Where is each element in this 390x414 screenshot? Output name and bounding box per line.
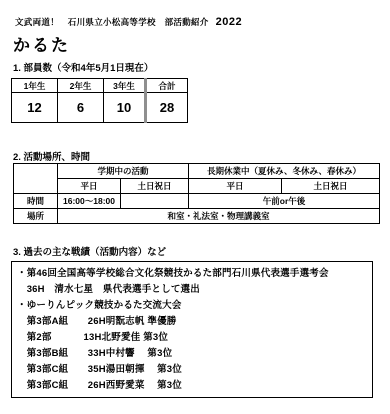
achievements-box: ・第46回全国高等学校総合文化祭競技かるた部門石川県代表選手選考会 36H 清水… [11,261,373,398]
members-col-grade1: 1年生 [12,79,58,93]
members-col-grade3: 3年生 [104,79,146,93]
schedule-day-vacation-weekday: 平日 [189,179,282,194]
schedule-place-label: 場所 [14,209,58,224]
schedule-place-row: 場所 和室・礼法室・物理講義室 [14,209,380,224]
achievement-line: 36H 清水七星 県代表選手として選出 [17,282,367,298]
achievement-line: 第3部A組 26H明翫志帆 準優勝 [17,314,367,330]
members-count-total: 28 [146,93,188,123]
schedule-time-term-weekday: 16:00～18:00 [58,194,121,209]
members-count-grade1: 12 [12,93,58,123]
members-count-grade3: 10 [104,93,146,123]
schedule-time-label: 時間 [14,194,58,209]
members-count-grade2: 6 [58,93,104,123]
page-title: かるた [13,31,70,56]
schedule-time-vacation: 午前or午後 [189,194,380,209]
schedule-place-value: 和室・礼法室・物理講義室 [58,209,380,224]
schedule-time-row: 時間 16:00～18:00 午前or午後 [14,194,380,209]
achievements-section-title: 3. 過去の主な戦績（活動内容）など [13,244,166,258]
schedule-day-header-row: 平日 土日祝日 平日 土日祝日 [14,179,380,194]
schedule-day-term-holiday: 土日祝日 [121,179,189,194]
achievement-line: ・第46回全国高等学校総合文化祭競技かるた部門石川県代表選手選考会 [17,266,367,282]
achievement-line: 第3部C組 26H西野愛菜 第3位 [17,378,367,394]
members-table: 1年生 2年生 3年生 合計 12 6 10 28 [11,78,188,123]
achievement-line: ・ゆーりんピック競技かるた交流大会 [17,298,367,314]
members-col-total: 合計 [146,79,188,93]
schedule-day-term-weekday: 平日 [58,179,121,194]
schedule-group-vacation: 長期休業中（夏休み、冬休み、春休み） [189,164,380,179]
schedule-day-vacation-holiday: 土日祝日 [282,179,380,194]
schedule-group-term: 学期中の活動 [58,164,189,179]
schedule-corner-cell [14,164,58,194]
schedule-section-title: 2. 活動場所、時間 [13,149,90,163]
club-intro-page: 文武両道！ 石川県立小松高等学校 部活動紹介2022 かるた 1. 部員数（令和… [0,0,390,414]
achievement-line: 第2部 13H北野愛佳 第3位 [17,330,367,346]
header-year: 2022 [216,16,242,28]
schedule-group-header-row: 学期中の活動 長期休業中（夏休み、冬休み、春休み） [14,164,380,179]
schedule-table: 学期中の活動 長期休業中（夏休み、冬休み、春休み） 平日 土日祝日 平日 土日祝… [13,163,380,224]
schedule-time-term-holiday [121,194,189,209]
members-table-value-row: 12 6 10 28 [12,93,188,123]
members-col-grade2: 2年生 [58,79,104,93]
achievement-line: 第3部C組 35H湯田朝揮 第3位 [17,362,367,378]
members-table-header-row: 1年生 2年生 3年生 合計 [12,79,188,93]
page-header: 文武両道！ 石川県立小松高等学校 部活動紹介2022 [15,16,242,28]
achievement-line: 第3部B組 33H中村響 第3位 [17,346,367,362]
header-slogan: 文武両道！ 石川県立小松高等学校 部活動紹介 [15,17,209,27]
members-section-title: 1. 部員数（令和4年5月1日現在） [13,60,153,74]
